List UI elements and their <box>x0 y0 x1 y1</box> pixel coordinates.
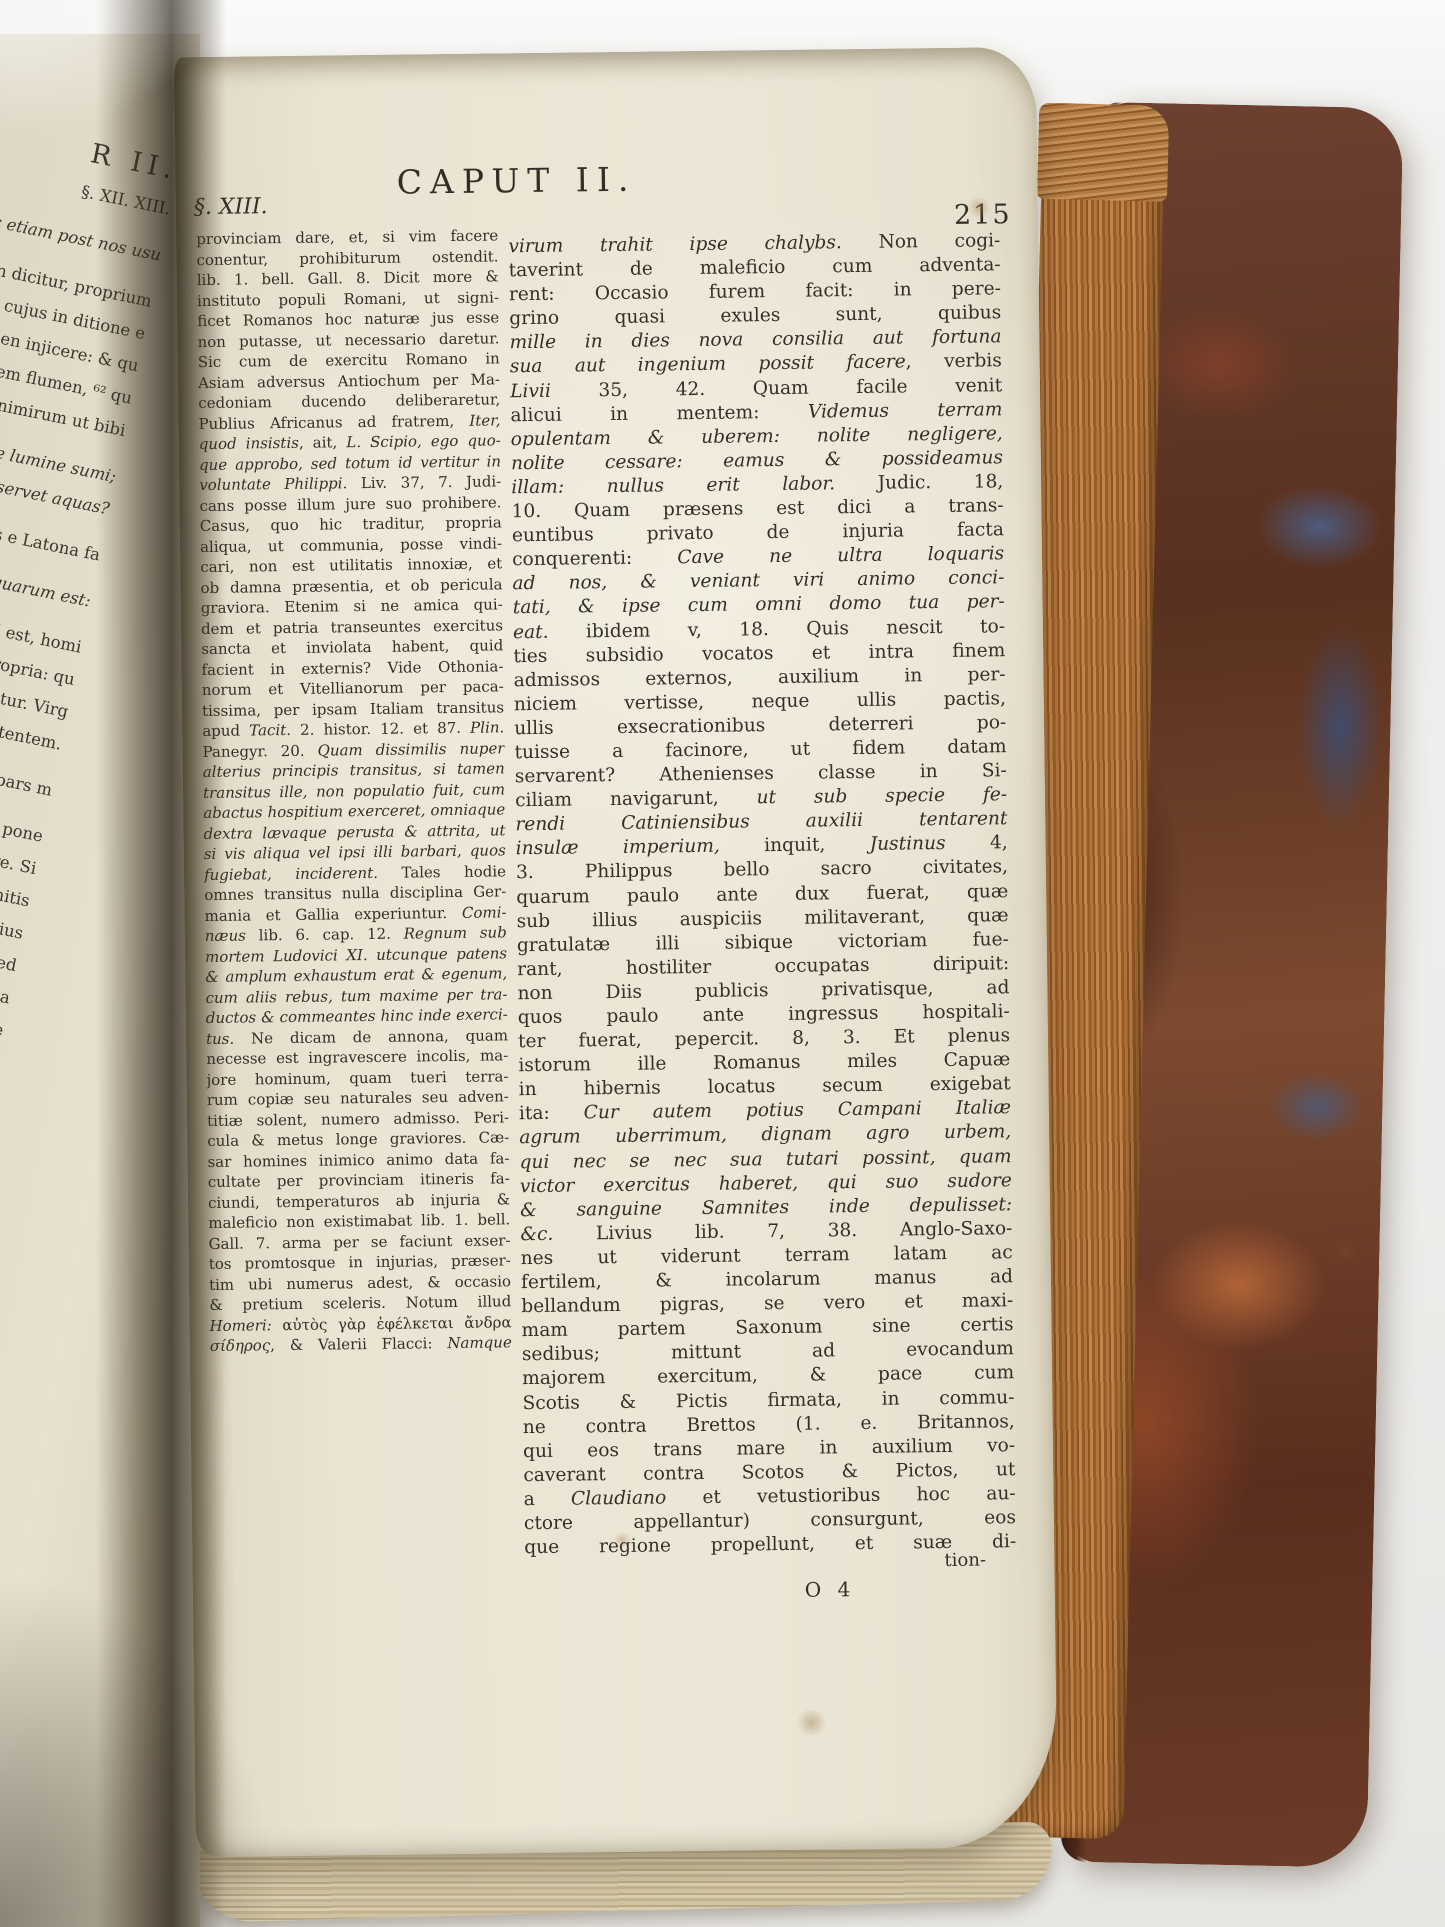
chapter-title: CAPUT II. <box>383 160 649 202</box>
book-photo: R II.§. XII. XIII.aliis etiam post nos u… <box>0 0 1445 1927</box>
page-number: 215 <box>954 199 1012 231</box>
facing-page-text: R II.§. XII. XIII.aliis etiam post nos u… <box>0 86 182 1726</box>
text-column-left: provinciam dare, et, si vim facereconent… <box>196 225 512 1356</box>
signature-mark: O 4 <box>805 1577 856 1602</box>
facing-page-fragment: R II.§. XII. XIII.aliis etiam post nos u… <box>0 34 200 1927</box>
section-heading: §. XIII. <box>194 194 268 220</box>
text-line: que regione propellunt, et suæ di- <box>524 1530 1016 1560</box>
text-line: σίδηρος, & Valerii Flacci: Namque <box>210 1332 512 1356</box>
book-page: §. XIII. CAPUT II. 215 provinciam dare, … <box>174 47 1058 1857</box>
paper-stain <box>794 1709 828 1735</box>
catchword: tion- <box>944 1550 986 1572</box>
text-column-right: virum trahit ipse chalybs. Non cogi-tave… <box>508 229 1016 1560</box>
